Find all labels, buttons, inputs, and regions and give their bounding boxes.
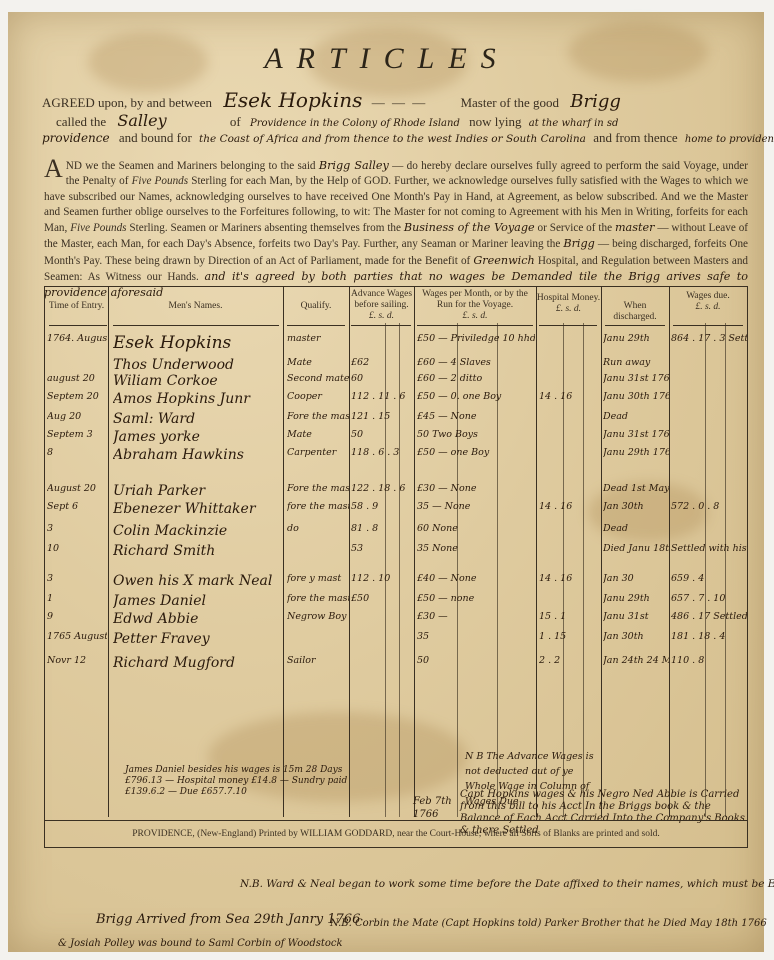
cell-due: 486 . 17 Settled In Acct: [671, 611, 747, 622]
cell-due: 110 . 8: [671, 655, 747, 666]
document-title: ARTICLES: [0, 42, 774, 76]
cell-entry: 9: [47, 611, 107, 622]
col-advance-wages: Advance Wages before sailing.£. s. d.: [349, 289, 414, 322]
cell-due: 659 . 4: [671, 573, 747, 584]
cell-name: James yorke: [113, 429, 281, 445]
cell-entry: 3: [47, 573, 107, 584]
cell-hospital: 14 . 16: [539, 501, 599, 512]
bottom-polley-note: & Josiah Polley was bound to Saml Corbin…: [58, 938, 343, 949]
cell-advance: 50: [351, 429, 413, 440]
cell-discharged: Jan 30th: [603, 501, 669, 512]
cell-advance: 112 . 10: [351, 573, 413, 584]
header-line-2: called the Salley of Providence in the C…: [56, 111, 618, 130]
cell-advance: £62: [351, 357, 413, 368]
cell-name: Abraham Hawkins: [113, 447, 281, 463]
cell-due: 864 . 17 . 3 Settled In Acct: [671, 333, 747, 344]
cell-qualify: Second mate: [287, 373, 349, 384]
cell-discharged: Janu 30th 1766: [603, 391, 669, 402]
agreement-text: AND we the Seamen and Mariners belonging…: [44, 158, 748, 302]
col-wages-due: Wages due.£. s. d.: [669, 291, 747, 313]
destination: the Coast of Africa and from thence to t…: [199, 133, 586, 145]
cell-discharged: Dead: [603, 411, 669, 422]
bottom-arrived-note: Brigg Arrived from Sea 29th Janry 1766: [96, 912, 360, 927]
cell-discharged: Jan 30th: [603, 631, 669, 642]
cell-entry: 8: [47, 447, 107, 458]
cell-advance: 53: [351, 543, 413, 554]
cell-qualify: master: [287, 333, 349, 344]
cell-entry: 10: [47, 543, 107, 554]
cell-discharged: Janu 31st: [603, 611, 669, 622]
col-qualify: Qualify.: [283, 301, 349, 312]
cell-wages: £40 — None: [417, 573, 535, 584]
cell-discharged: Run away: [603, 357, 669, 368]
cell-qualify: Fore the mast: [287, 411, 349, 422]
col-mens-names: Men's Names.: [108, 301, 283, 312]
james-daniel-note: James Daniel besides his wages is 15m 28…: [125, 765, 365, 798]
cell-qualify: Cooper: [287, 391, 349, 402]
cell-discharged: Dead: [603, 523, 669, 534]
col-wages-per-month: Wages per Month, or by the Run for the V…: [414, 289, 536, 322]
printer-imprint: PROVIDENCE, (New-England) Printed by WIL…: [45, 820, 747, 847]
cell-wages: 50: [417, 655, 535, 666]
cell-hospital: 1 . 15: [539, 631, 599, 642]
col-hospital-money: Hospital Money.£. s. d.: [536, 293, 601, 315]
cell-discharged: Janu 31st 1766: [603, 429, 669, 440]
cell-name: Wiliam Corkoe: [113, 373, 281, 389]
cell-name: Edwd Abbie: [113, 611, 281, 627]
cell-wages: £50 — Priviledge 10 hhds out and 10 Slav…: [417, 333, 535, 344]
cell-wages: 50 Two Boys: [417, 429, 535, 440]
cell-qualify: do: [287, 523, 349, 534]
bottom-note-1: N.B. Ward & Neal began to work some time…: [240, 878, 774, 890]
cell-due: 657 . 7 . 10: [671, 593, 747, 604]
cell-discharged: Jan 30: [603, 573, 669, 584]
cell-due: Settled with his Widow in Genl Books: [671, 543, 747, 554]
cell-advance: 118 . 6 . 3: [351, 447, 413, 458]
cell-discharged: Died Janu 18th 1766: [603, 543, 669, 554]
cell-qualify: Mate: [287, 357, 349, 368]
cell-advance: 112 . 11 . 6: [351, 391, 413, 402]
cell-due: 181 . 18 . 4: [671, 631, 747, 642]
bottom-note-2: N.B. Corbin the Mate (Capt Hopkins told)…: [330, 918, 767, 929]
col-time-of-entry: Time of Entry.: [45, 301, 108, 312]
col-when-discharged: When discharged.: [601, 301, 669, 323]
cell-name: Owen his X mark Neal: [113, 573, 281, 589]
cell-discharged: Jan 24th 24 Mo: [603, 655, 669, 666]
cell-advance: 81 . 8: [351, 523, 413, 534]
cell-name: Petter Fravey: [113, 631, 281, 647]
crew-table: Time of Entry. Men's Names. Qualify. Adv…: [44, 286, 748, 848]
vessel-type: Brigg: [570, 91, 621, 112]
cell-hospital: 15 . 1: [539, 611, 599, 622]
cell-due: 572 . 0 . 8: [671, 501, 747, 512]
cell-name: Richard Smith: [113, 543, 281, 559]
cell-hospital: 2 . 2: [539, 655, 599, 666]
cell-advance: 60: [351, 373, 413, 384]
vessel-name: Salley: [117, 111, 166, 130]
cell-wages: £60 — 4 Slaves: [417, 357, 535, 368]
cell-entry: Sept 6: [47, 501, 107, 512]
cell-wages: 60 None: [417, 523, 535, 534]
feb-date: Feb 7th 1766: [413, 795, 453, 821]
cell-qualify: Sailor: [287, 655, 349, 666]
cell-entry: august 20: [47, 373, 107, 384]
header-line-1: AGREED upon, by and between Esek Hopkins…: [42, 88, 621, 112]
cell-wages: £50 — 0. one Boy: [417, 391, 535, 402]
cell-name: Esek Hopkins: [113, 333, 281, 353]
cell-entry: 1: [47, 593, 107, 604]
cell-entry: Septem 20: [47, 391, 107, 402]
cell-advance: 58 . 9: [351, 501, 413, 512]
cell-entry: Aug 20: [47, 411, 107, 422]
cell-discharged: Dead 1st May: [603, 483, 669, 494]
cell-wages: £30 — None: [417, 483, 535, 494]
cell-advance: 122 . 18 . 6: [351, 483, 413, 494]
cell-name: James Daniel: [113, 593, 281, 609]
cell-hospital: 14 . 16: [539, 391, 599, 402]
cell-wages: £60 — 2 ditto: [417, 373, 535, 384]
header-line-3: providence and bound for the Coast of Af…: [42, 130, 774, 146]
master-name: Esek Hopkins: [223, 88, 362, 112]
cell-name: Saml: Ward: [113, 411, 281, 427]
cell-wages: £50 — one Boy: [417, 447, 535, 458]
cell-qualify: fore the mast: [287, 593, 349, 604]
cell-wages: £50 — none: [417, 593, 535, 604]
cell-entry: August 20: [47, 483, 107, 494]
cell-name: Uriah Parker: [113, 483, 281, 499]
cell-discharged: Janu 29th 1766: [603, 447, 669, 458]
cell-entry: Septem 3: [47, 429, 107, 440]
home-port: Providence in the Colony of Rhode Island: [250, 118, 460, 129]
cell-qualify: fore the mast: [287, 501, 349, 512]
cell-discharged: Janu 31st 1766: [603, 373, 669, 384]
cell-name: Richard Mugford: [113, 655, 281, 671]
cell-name: Thos Underwood: [113, 357, 281, 373]
cell-advance: £50: [351, 593, 413, 604]
cell-discharged: Janu 29th: [603, 333, 669, 344]
cell-qualify: fore y mast: [287, 573, 349, 584]
cell-wages: 35: [417, 631, 535, 642]
cell-hospital: 14 . 16: [539, 573, 599, 584]
cell-qualify: Fore the mast: [287, 483, 349, 494]
cell-wages: 35 None: [417, 543, 535, 554]
cell-name: Colin Mackinzie: [113, 523, 281, 539]
cell-entry: 1765 August 20: [47, 631, 107, 642]
cell-entry: 3: [47, 523, 107, 534]
cell-entry: Novr 12: [47, 655, 107, 666]
cell-qualify: Negrow Boy: [287, 611, 349, 622]
cell-wages: £45 — None: [417, 411, 535, 422]
cell-qualify: Carpenter: [287, 447, 349, 458]
cell-qualify: Mate: [287, 429, 349, 440]
cell-name: Ebenezer Whittaker: [113, 501, 281, 517]
cell-advance: 121 . 15: [351, 411, 413, 422]
cell-entry: 1764. August 20.: [47, 333, 107, 344]
cell-wages: £30 —: [417, 611, 535, 622]
cell-name: Amos Hopkins Junr: [113, 391, 281, 407]
cell-wages: 35 — None: [417, 501, 535, 512]
cell-discharged: Janu 29th: [603, 593, 669, 604]
